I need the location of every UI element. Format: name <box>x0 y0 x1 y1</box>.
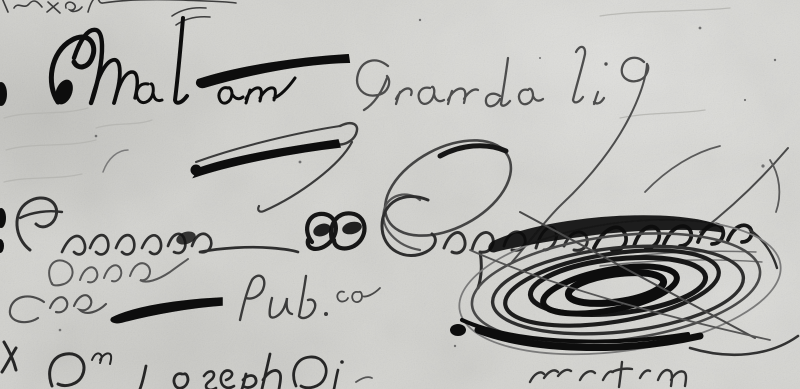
manuscript-scan <box>0 0 800 389</box>
manuscript-page: exal Marton Grandolig Francisco de Espal… <box>0 0 800 389</box>
